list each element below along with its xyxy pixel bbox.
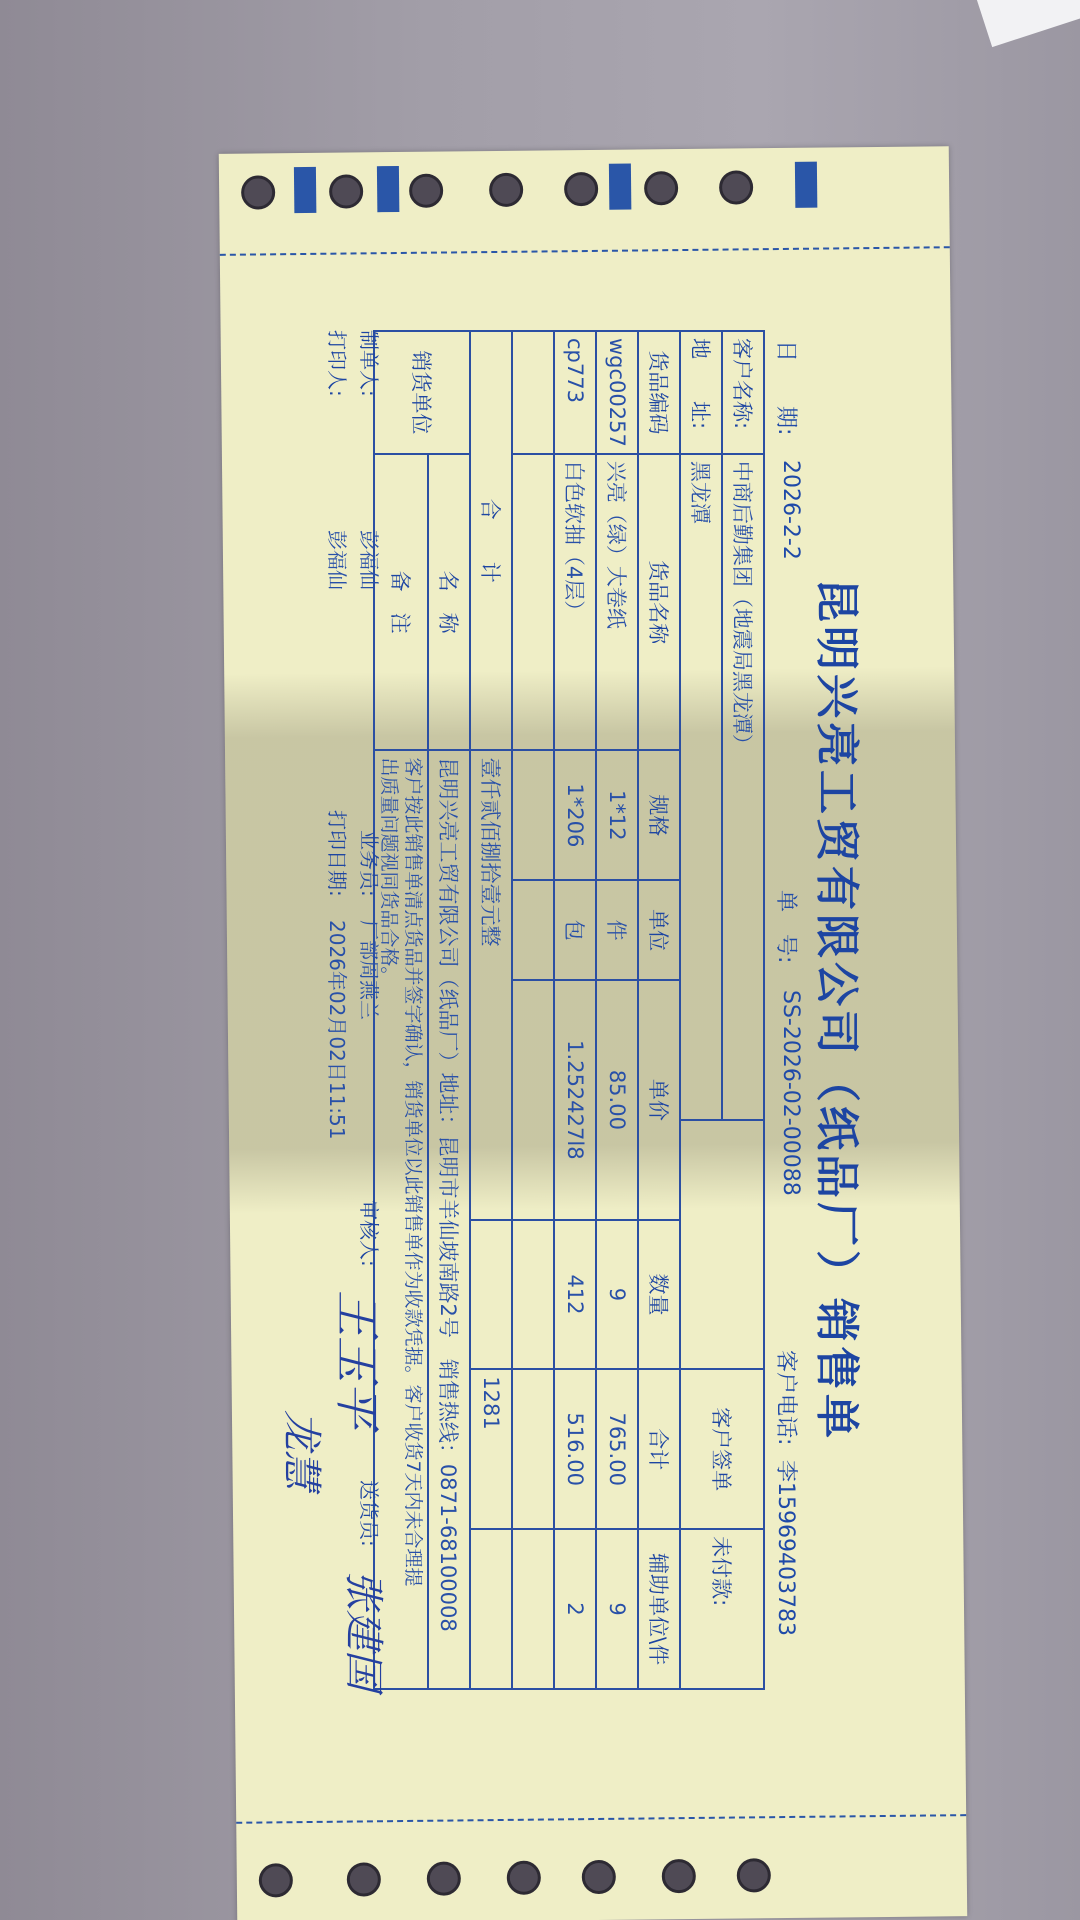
printer-value: 彭福仙	[324, 530, 353, 590]
col-name: 货品名称	[638, 454, 680, 751]
row-aux: 9	[596, 1529, 638, 1689]
blank-row	[512, 331, 554, 1689]
reviewer-label: 审核人:	[356, 1200, 385, 1267]
row-total: 516.00	[554, 1369, 596, 1529]
total-row: 合 计 壹仟贰佰捌拾壹元整 1281	[470, 331, 512, 1689]
table-row: cp773 白色软抽（4层） 1*206 包 1.252427l8 412 51…	[554, 331, 596, 1689]
order-no-value: SS-2026-02-00088	[778, 990, 803, 1196]
feed-hole-icon	[737, 1858, 771, 1892]
salesperson-label: 业务员:	[356, 830, 385, 897]
col-price: 单价	[638, 980, 680, 1220]
row-unit: 件	[596, 880, 638, 980]
address-label: 地 址:	[680, 331, 722, 454]
feed-hole-icon	[329, 174, 363, 208]
table-row: wgc00257 兴亮（绿）大卷纸 1*12 件 85.00 9 765.00 …	[596, 331, 638, 1689]
feed-hole-icon	[644, 171, 678, 205]
sales-receipt-form: 昆明兴亮工贸有限公司（纸品厂）销售单 日 期: 2026-2-2 单 号: SS…	[313, 330, 873, 1690]
date-label: 日 期:	[772, 340, 803, 435]
col-unit: 单位	[638, 880, 680, 980]
customer-signature: 龙慧	[276, 1410, 333, 1490]
tractor-feed-bottom	[236, 1814, 967, 1920]
corner-paper-scrap	[974, 0, 1080, 47]
row-name: 兴亮（绿）大卷纸	[596, 454, 638, 751]
maker-value: 彭福仙	[356, 530, 385, 590]
col-qty: 数量	[638, 1220, 680, 1370]
seller-name-label: 名 称	[428, 454, 470, 751]
date-value: 2026-2-2	[778, 460, 803, 560]
customer-name-value: 中商后勤集团（地震局黑龙潭）	[722, 454, 764, 1120]
row-aux: 2	[554, 1529, 596, 1689]
address-value: 黑龙潭	[680, 454, 722, 1120]
seller-row: 销货单位 名 称 昆明兴亮工贸有限公司（纸品厂）地址：昆明市羊仙坡南路2号 销售…	[428, 331, 470, 1689]
total-amount-words: 壹仟贰佰捌拾壹元整	[470, 750, 512, 1219]
customer-name-label: 客户名称:	[722, 331, 764, 454]
row-price: 85.00	[596, 980, 638, 1220]
row-code: wgc00257	[596, 331, 638, 454]
row-qty: 412	[554, 1220, 596, 1370]
feed-hole-icon	[409, 174, 443, 208]
row-qty: 9	[596, 1220, 638, 1370]
table-header-row: 货品编码 货品名称 规格 单位 单价 数量 合计 辅助单位\件	[638, 331, 680, 1689]
perforation-tag	[795, 162, 817, 208]
order-no-label: 单 号:	[772, 890, 803, 963]
unpaid-label: 未付款:	[680, 1529, 764, 1689]
row-code: cp773	[554, 331, 596, 454]
goods-table: 客户名称: 中商后勤集团（地震局黑龙潭） 客户签单 未付款: 地 址: 黑龙潭 …	[373, 330, 765, 1690]
receipt-title: 昆明兴亮工贸有限公司（纸品厂）销售单	[809, 330, 873, 1690]
feed-hole-icon	[259, 1863, 293, 1897]
deliverer-signature: 张建国	[338, 1570, 395, 1690]
feed-hole-icon	[241, 175, 275, 209]
col-spec: 规格	[638, 750, 680, 880]
print-date-label: 打印日期:	[324, 810, 353, 897]
row-total: 765.00	[596, 1369, 638, 1529]
row-name: 白色软抽（4层）	[554, 454, 596, 751]
blank-cell	[680, 1120, 764, 1369]
print-date-value: 2026年02月02日11:51	[324, 920, 353, 1139]
feed-hole-icon	[564, 172, 598, 206]
phone-label: 客户电话:	[772, 1350, 803, 1445]
receipt-header: 日 期: 2026-2-2 单 号: SS-2026-02-00088 客户电话…	[769, 330, 803, 1690]
deliverer-label: 送货员:	[356, 1480, 385, 1547]
feed-hole-icon	[347, 1862, 381, 1896]
remark-line-1: 客户按此销售单清点货品并签字确认，销货单位以此销售单作为收款凭据。客户收货7天内…	[401, 757, 425, 1682]
feed-hole-icon	[719, 170, 753, 204]
col-code: 货品编码	[638, 331, 680, 454]
total-label: 合 计	[470, 331, 512, 750]
customer-sign-label: 客户签单	[680, 1369, 764, 1529]
reviewer-signature: 王玉平	[327, 1290, 393, 1428]
row-spec: 1*206	[554, 750, 596, 880]
remark-label: 备 注	[374, 454, 428, 751]
feed-hole-icon	[662, 1859, 696, 1893]
row-spec: 1*12	[596, 750, 638, 880]
seller-name-value: 昆明兴亮工贸有限公司（纸品厂）地址：昆明市羊仙坡南路2号 销售热线：0871-6…	[428, 750, 470, 1689]
maker-label: 制单人:	[356, 330, 385, 397]
salesperson-value: 厂部周燕兰	[356, 920, 385, 1020]
total-amount: 1281	[470, 1369, 512, 1529]
perforation-tag	[294, 167, 316, 213]
feed-hole-icon	[427, 1861, 461, 1895]
col-aux: 辅助单位\件	[638, 1529, 680, 1689]
printer-label: 打印人:	[324, 330, 353, 397]
perforation-tag	[609, 164, 631, 210]
feed-hole-icon	[582, 1860, 616, 1894]
phone-value: 李15969403783	[772, 1460, 803, 1636]
row-unit: 包	[554, 880, 596, 980]
row-price: 1.252427l8	[554, 980, 596, 1220]
tractor-feed-top	[219, 146, 950, 256]
col-total: 合计	[638, 1369, 680, 1529]
customer-name-row: 客户名称: 中商后勤集团（地震局黑龙潭） 客户签单 未付款:	[722, 331, 764, 1689]
feed-hole-icon	[489, 173, 523, 207]
perforation-tag	[377, 166, 399, 212]
seller-label: 销货单位	[374, 331, 470, 454]
feed-hole-icon	[507, 1861, 541, 1895]
